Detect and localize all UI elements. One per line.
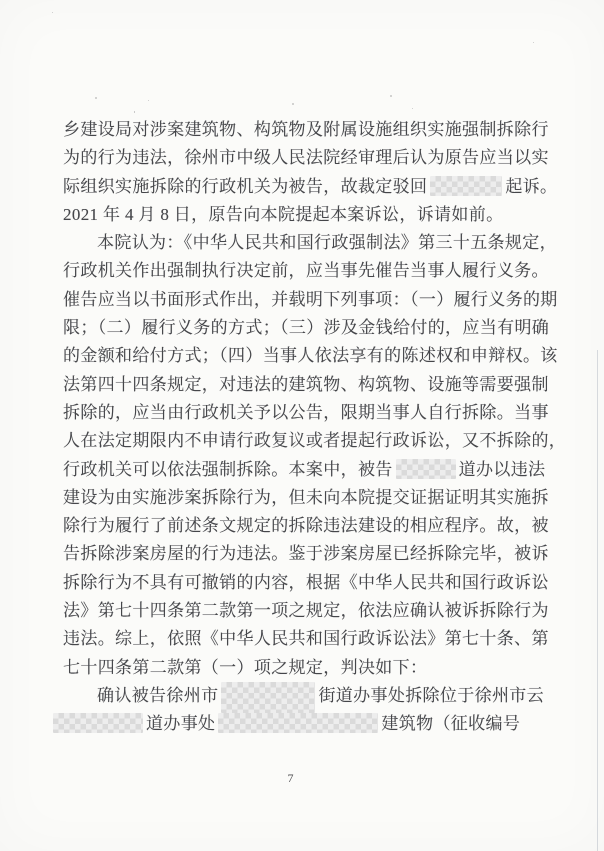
line-01: 乡建设局对涉案建筑物、构筑物及附属设施组织实施强制拆除行: [63, 116, 550, 144]
scan-noise: [134, 111, 135, 113]
text-segment: 法第四十四条规定，对违法的建筑物、构筑物、设施等需要强制: [63, 375, 549, 394]
text-segment: 除行为履行了前述条文规定的拆除违法建设的相应程序。故，被: [63, 516, 549, 535]
text-segment: 道办事处: [146, 714, 215, 733]
line-17: 拆除行为不具有可撤销的内容，根据《中华人民共和国行政诉讼: [63, 569, 550, 597]
redaction-block: [221, 682, 315, 713]
scan-noise: [390, 95, 392, 97]
scan-noise: [533, 42, 534, 43]
text-segment: 建筑物（征收编号: [381, 714, 520, 733]
text-segment: 街道办事处拆除位于徐州市云: [318, 686, 544, 705]
line-05: 本院认为：《中华人民共和国行政强制法》第三十五条规定，: [63, 229, 550, 257]
line-12: 人在法定期限内不申请行政复议或者提起行政诉讼，又不拆除的，: [63, 427, 550, 455]
text-segment: 本院认为：《中华人民共和国行政强制法》第三十五条规定，: [97, 233, 557, 252]
line-02: 为的行为违法，徐州市中级人民法院经审理后认为原告应当以实: [63, 144, 550, 172]
scan-noise: [52, 12, 53, 13]
text-segment: 拆除行为不具有可撤销的内容，根据《中华人民共和国行政诉讼: [63, 573, 549, 592]
scan-noise: [148, 100, 149, 101]
text-segment: 建设为由实施涉案拆除行为，但未向本院提交证据证明其实施拆: [63, 488, 549, 507]
line-20: 七十四条第二款第（一）项之规定，判决如下：: [63, 654, 550, 682]
redaction-block: [430, 176, 502, 196]
line-19: 违法。综上，依照《中华人民共和国行政诉讼法》第七十条、第: [63, 625, 550, 653]
text-segment: 法》第七十四条第二款第一项之规定，依法应确认被诉拆除行为: [63, 601, 549, 620]
text-segment: 起诉。: [505, 177, 557, 196]
text-segment: 行政机关作出强制执行决定前，应当事先催告当事人履行义务。: [63, 261, 549, 280]
text-segment: 催告应当以书面形式作出，并载明下列事项：（一）履行义务的期: [63, 290, 558, 309]
text-segment: 的金额和给付方式；（四）当事人依法享有的陈述权和申辩权。该: [63, 346, 558, 365]
scan-noise: [292, 103, 294, 105]
redaction-block: [218, 713, 378, 733]
text-segment: 违法。综上，依照《中华人民共和国行政诉讼法》第七十条、第: [63, 629, 549, 648]
text-segment: 乡建设局对涉案建筑物、构筑物及附属设施组织实施强制拆除行: [63, 120, 549, 139]
line-15: 除行为履行了前述条文规定的拆除违法建设的相应程序。故，被: [63, 512, 550, 540]
line-07: 催告应当以书面形式作出，并载明下列事项：（一）履行义务的期: [63, 286, 550, 314]
text-segment: 2021 年 4 月 8 日，原告向本院提起本案诉讼，诉请如前。: [63, 205, 503, 224]
scan-edge-artifact: [597, 350, 598, 851]
line-11: 拆除的，应当由行政机关予以公告，限期当事人自行拆除。当事: [63, 399, 550, 427]
text-segment: 确认被告徐州市: [97, 686, 218, 705]
line-16: 告拆除涉案房屋的行为违法。鉴于涉案房屋已经拆除完毕，被诉: [63, 540, 550, 568]
line-22: 道办事处建筑物（征收编号: [50, 710, 550, 738]
text-segment: 际组织实施拆除的行政机关为被告，故裁定驳回: [63, 177, 427, 196]
line-03: 际组织实施拆除的行政机关为被告，故裁定驳回起诉。: [63, 173, 550, 201]
line-21: 确认被告徐州市街道办事处拆除位于徐州市云: [63, 682, 550, 710]
text-segment: 拆除的，应当由行政机关予以公告，限期当事人自行拆除。当事: [63, 403, 549, 422]
text-segment: 限；（二）履行义务的方式；（三）涉及金钱给付的，应当有明确: [63, 318, 549, 337]
text-segment: 告拆除涉案房屋的行为违法。鉴于涉案房屋已经拆除完毕，被诉: [63, 544, 549, 563]
line-06: 行政机关作出强制执行决定前，应当事先催告当事人履行义务。: [63, 257, 550, 285]
page-number: 7: [0, 771, 582, 786]
text-segment: 七十四条第二款第（一）项之规定，判决如下：: [63, 658, 427, 677]
redaction-block: [53, 713, 143, 733]
redaction-block: [396, 459, 456, 479]
scan-noise: [95, 97, 97, 99]
line-09: 的金额和给付方式；（四）当事人依法享有的陈述权和申辩权。该: [63, 342, 550, 370]
text-segment: 人在法定期限内不申请行政复议或者提起行政诉讼，又不拆除的，: [63, 431, 566, 450]
text-segment: 行政机关可以依法强制拆除。本案中，被告: [63, 460, 393, 479]
scan-noise: [412, 108, 413, 109]
line-14: 建设为由实施涉案拆除行为，但未向本院提交证据证明其实施拆: [63, 484, 550, 512]
line-18: 法》第七十四条第二款第一项之规定，依法应确认被诉拆除行为: [63, 597, 550, 625]
judgment-text-block: 乡建设局对涉案建筑物、构筑物及附属设施组织实施强制拆除行为的行为违法，徐州市中级…: [63, 116, 550, 739]
scanned-document-page: 乡建设局对涉案建筑物、构筑物及附属设施组织实施强制拆除行为的行为违法，徐州市中级…: [0, 0, 604, 851]
text-segment: 道办以违法: [459, 460, 546, 479]
text-segment: 为的行为违法，徐州市中级人民法院经审理后认为原告应当以实: [63, 148, 549, 167]
line-10: 法第四十四条规定，对违法的建筑物、构筑物、设施等需要强制: [63, 371, 550, 399]
line-13: 行政机关可以依法强制拆除。本案中，被告道办以违法: [63, 456, 550, 484]
line-08: 限；（二）履行义务的方式；（三）涉及金钱给付的，应当有明确: [63, 314, 550, 342]
line-04: 2021 年 4 月 8 日，原告向本院提起本案诉讼，诉请如前。: [63, 201, 550, 229]
